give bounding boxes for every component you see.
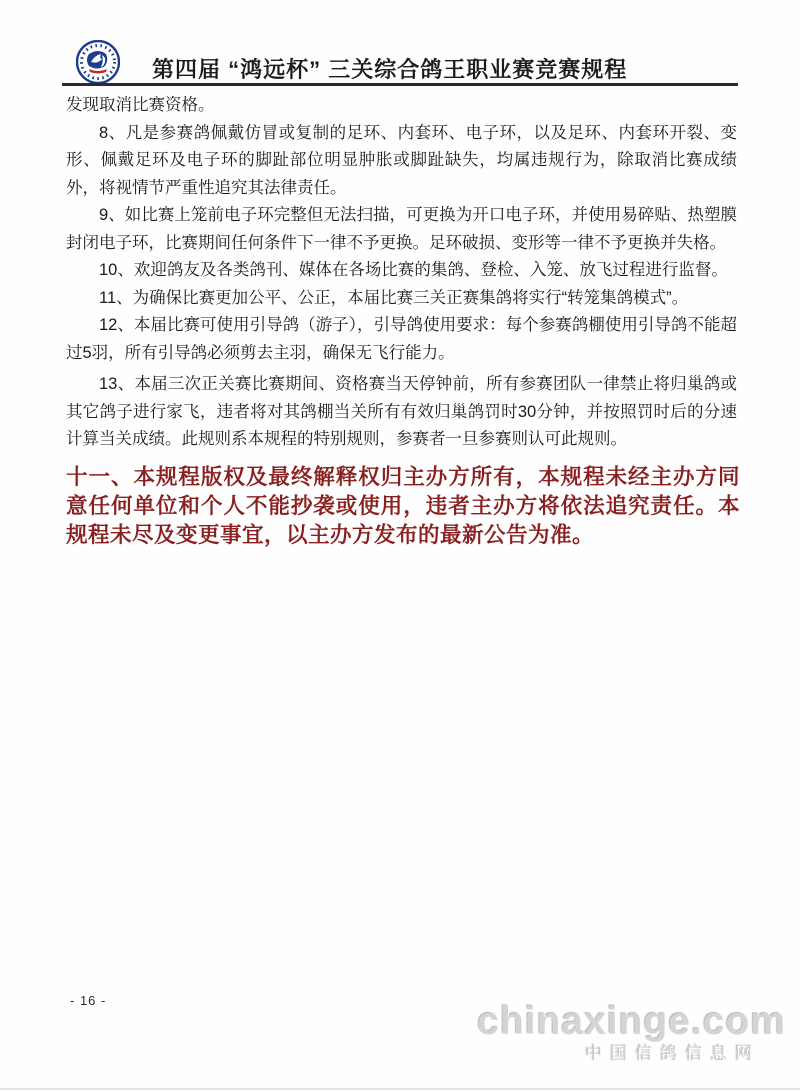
- page-number: - 16 -: [70, 993, 106, 1008]
- rules-body: 发现取消比赛资格。 8、凡是参赛鸽佩戴仿冒或复制的足环、内套环、电子环，以及足环…: [66, 92, 737, 454]
- rule-item-12: 12、本届比赛可使用引导鸽（游子），引导鸽使用要求：每个参赛鸽棚使用引导鸽不能超…: [66, 312, 737, 367]
- rule-item-11: 11、为确保比赛更加公平、公正，本届比赛三关正赛集鸽将实行“转笼集鸽模式”。: [66, 285, 737, 313]
- rule-item-10: 10、欢迎鸽友及各类鸽刊、媒体在各场比赛的集鸽、登检、入笼、放飞过程进行监督。: [66, 257, 737, 285]
- watermark-domain-text: chinaxinge.com: [477, 1001, 786, 1043]
- page-header: 第四届 “鸿远杯” 三关综合鸽王职业赛竞赛规程: [0, 0, 800, 86]
- site-watermark: chinaxinge.com 中国信鸽信息网: [477, 1001, 786, 1065]
- rule-item-8: 8、凡是参赛鸽佩戴仿冒或复制的足环、内套环、电子环，以及足环、内套环开裂、变形、…: [66, 120, 737, 203]
- scan-edge-artifact: [0, 1088, 800, 1090]
- rule-item-13: 13、本届三次正关赛比赛期间、资格赛当天停钟前，所有参赛团队一律禁止将归巢鸽或其…: [66, 371, 737, 454]
- pigeon-club-badge-icon: [76, 40, 120, 84]
- watermark-site-name: 中国信鸽信息网: [477, 1043, 786, 1065]
- paragraph-continuation: 发现取消比赛资格。: [66, 92, 737, 120]
- document-page: 第四届 “鸿远杯” 三关综合鸽王职业赛竞赛规程 发现取消比赛资格。 8、凡是参赛…: [0, 0, 800, 1091]
- rule-item-9: 9、如比赛上笼前电子环完整但无法扫描，可更换为开口电子环，并使用易碎贴、热塑膜封…: [66, 202, 737, 257]
- header-divider: [62, 83, 738, 86]
- document-title: 第四届 “鸿远杯” 三关综合鸽王职业赛竞赛规程: [152, 53, 627, 84]
- copyright-notice: 十一、本规程版权及最终解释权归主办方所有，本规程未经主办方同意任何单位和个人不能…: [66, 463, 740, 550]
